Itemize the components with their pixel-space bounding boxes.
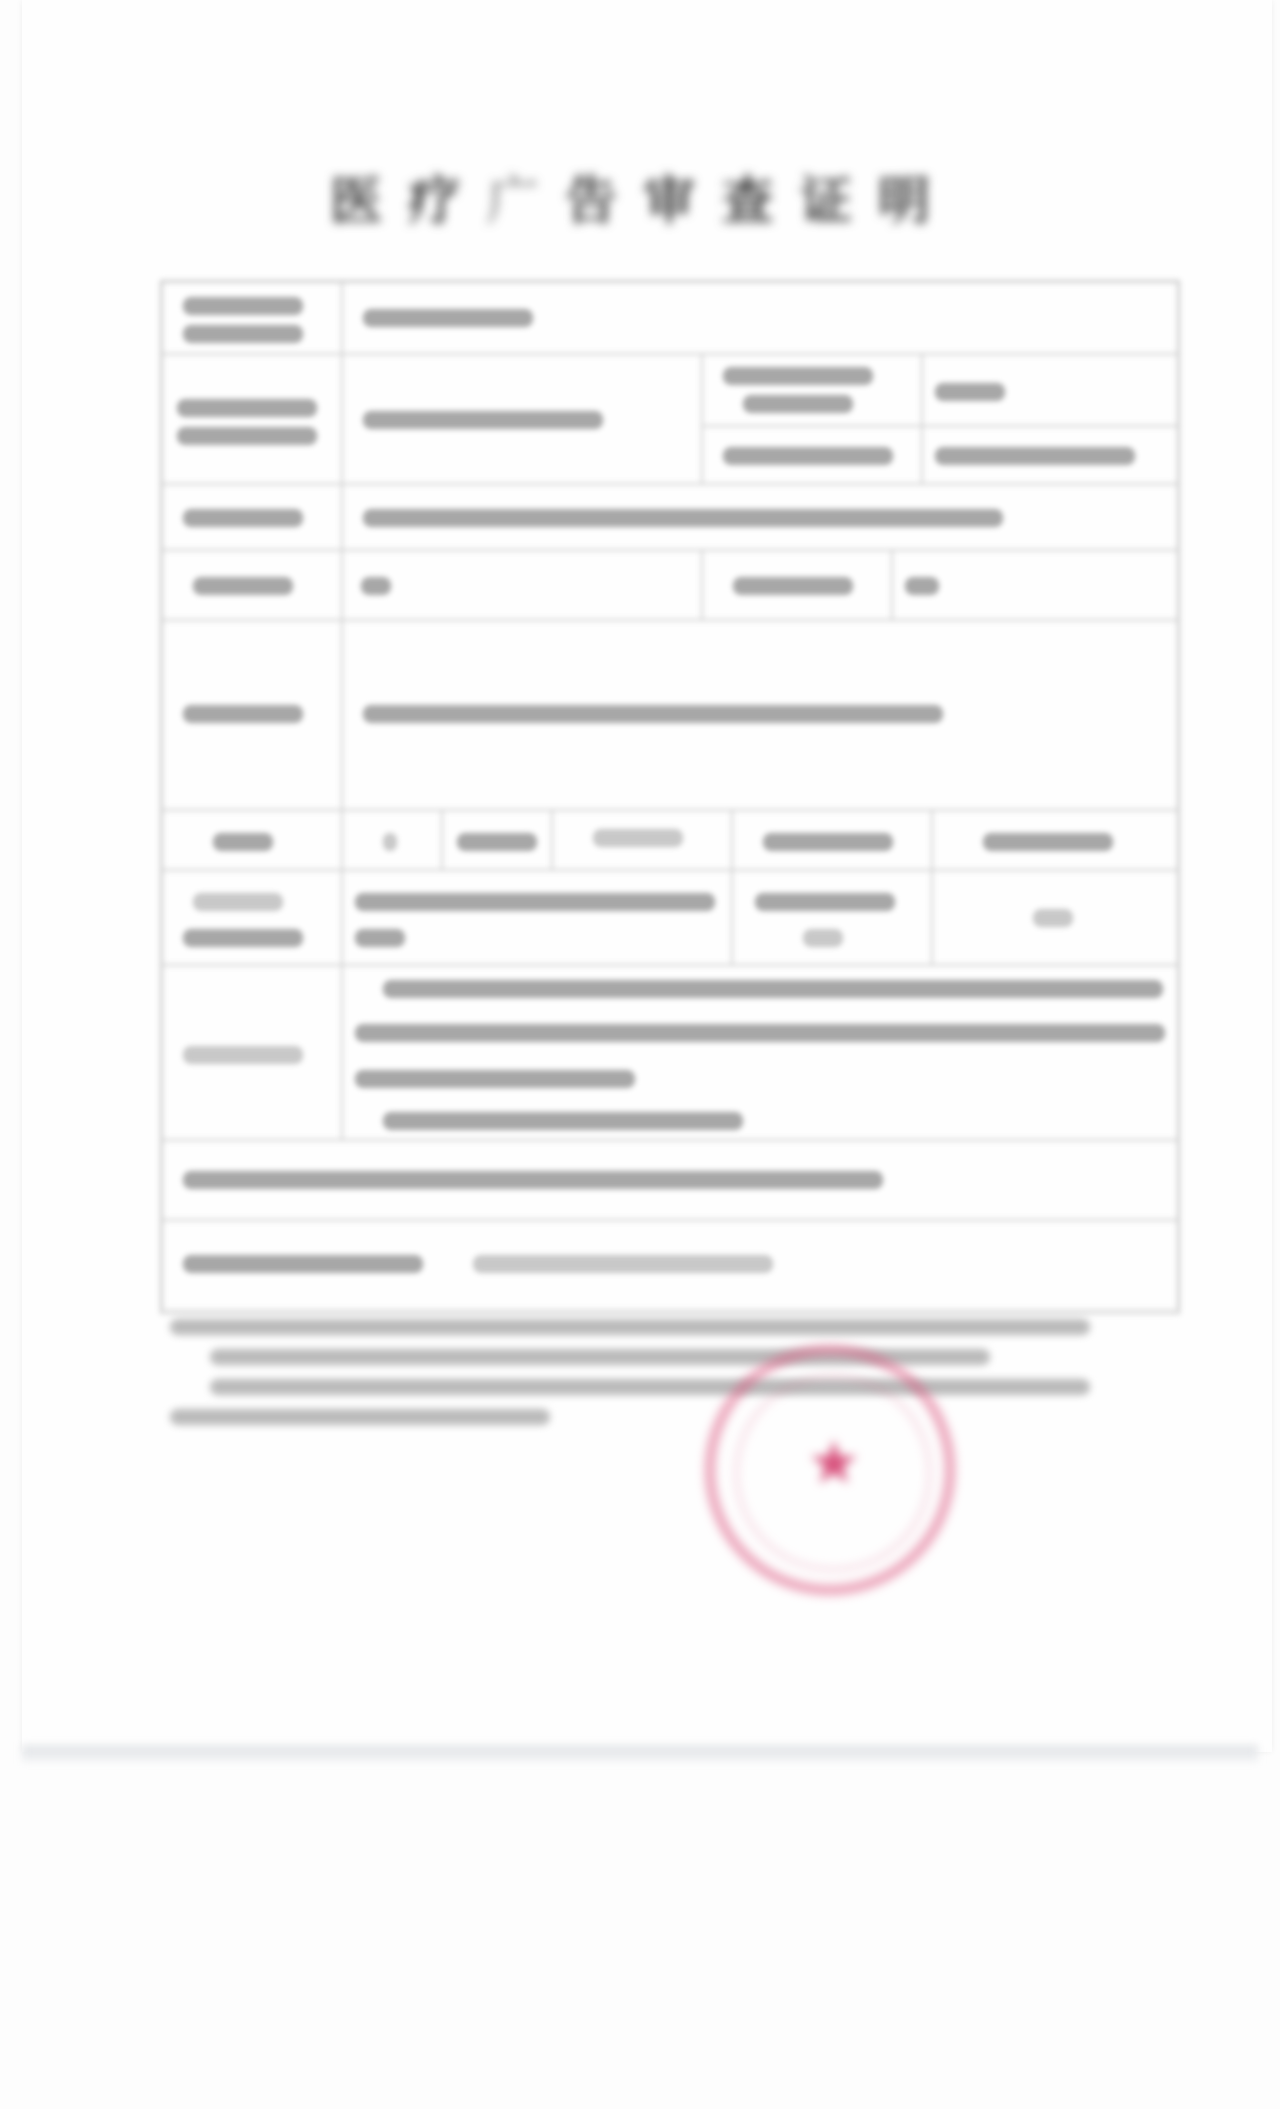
- table-cell: [342, 965, 1178, 1140]
- title-char: 疗: [408, 159, 460, 234]
- document-title: 医 疗 广 告 审 查 证 明: [330, 160, 930, 232]
- page-edge-shadow: [22, 1745, 1258, 1761]
- star-icon: ★: [807, 1433, 861, 1493]
- table-cell: [732, 810, 932, 870]
- table-cell: [342, 354, 702, 484]
- certificate-table: [160, 280, 1180, 1314]
- table-cell: [552, 810, 732, 870]
- table-row: [162, 965, 342, 1140]
- table-row: [162, 1140, 1178, 1220]
- table-cell: [342, 550, 702, 620]
- title-char: 查: [721, 159, 773, 234]
- title-char: 广: [487, 159, 539, 234]
- table-row: [162, 870, 342, 965]
- table-cell: [702, 550, 892, 620]
- table-cell: [342, 484, 1178, 550]
- table-row: [162, 282, 342, 354]
- title-char: 告: [565, 159, 617, 234]
- table-cell: [922, 426, 1178, 484]
- table-cell: [342, 870, 732, 965]
- table-row: [162, 620, 342, 810]
- footnote-line: [170, 1409, 550, 1425]
- table-cell: [342, 282, 1178, 354]
- table-row: [162, 550, 342, 620]
- footnote-line: [170, 1319, 1090, 1335]
- table-cell: [702, 354, 922, 426]
- table-cell: [892, 550, 1178, 620]
- table-cell: [442, 810, 552, 870]
- title-char: 证: [800, 159, 852, 234]
- official-seal: ★: [705, 1345, 955, 1595]
- title-char: 明: [878, 159, 930, 234]
- table-cell: [932, 870, 1178, 965]
- title-char: 审: [643, 159, 695, 234]
- table-cell: [702, 426, 922, 484]
- table-cell: [932, 810, 1178, 870]
- table-cell: [342, 620, 1178, 810]
- table-cell: [342, 810, 442, 870]
- table-row: [162, 1220, 1178, 1310]
- footnotes: [170, 1305, 1110, 1439]
- footnote-line: [210, 1379, 1090, 1395]
- title-char: 医: [330, 159, 382, 234]
- table-cell: [732, 870, 932, 965]
- table-row: [162, 810, 342, 870]
- table-row: [162, 484, 342, 550]
- table-row: [162, 354, 342, 484]
- table-cell: [922, 354, 1178, 426]
